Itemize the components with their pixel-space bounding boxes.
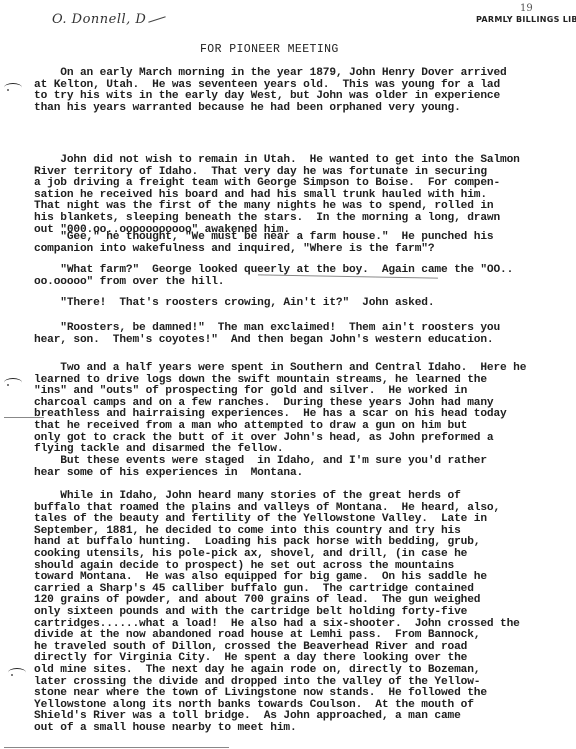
bottom-edge-line bbox=[4, 747, 229, 748]
paragraph: John did not wish to remain in Utah. He … bbox=[34, 155, 554, 236]
paragraph: On an early March morning in the year 18… bbox=[34, 68, 554, 114]
text-line: cooking utensils, his pole-pick ax, shov… bbox=[34, 549, 554, 561]
paragraph: "Roosters, be damned!" The man exclaimed… bbox=[34, 323, 554, 346]
text-line: flying tackle and disarmed the fellow. bbox=[34, 444, 554, 456]
text-line: While in Idaho, John heard many stories … bbox=[34, 491, 554, 503]
paragraph: "There! That's roosters crowing, Ain't i… bbox=[34, 298, 554, 310]
text-line: that he received from a man who attempte… bbox=[34, 421, 554, 433]
paragraph: But these events were staged in Idaho, a… bbox=[34, 456, 554, 479]
margin-bracket-mark bbox=[4, 378, 22, 387]
text-line: "There! That's roosters crowing, Ain't i… bbox=[34, 298, 554, 310]
paragraph: "Gee," he thought, "We must be near a fa… bbox=[34, 232, 554, 255]
text-line: On an early March morning in the year 18… bbox=[34, 68, 554, 80]
text-line: John did not wish to remain in Utah. He … bbox=[34, 155, 554, 167]
text-line: oo.ooooo" from over the hill. bbox=[34, 277, 554, 289]
date-stamp: 19 bbox=[520, 3, 533, 14]
text-line: his blankets, sleeping beneath the stars… bbox=[34, 213, 554, 225]
margin-bracket-mark bbox=[8, 668, 26, 677]
pen-scribble bbox=[149, 16, 166, 23]
document-page: O. Donnell, D 19 PARMLY BILLINGS LIBRA F… bbox=[0, 0, 576, 749]
text-line: stone near where the town of Livingstone… bbox=[34, 688, 554, 700]
text-line: "Roosters, be damned!" The man exclaimed… bbox=[34, 323, 554, 335]
paragraph: Two and a half years were spent in South… bbox=[34, 363, 554, 456]
text-line: out of a small house nearby to meet him. bbox=[34, 723, 554, 735]
author-name: O. Donnell, D bbox=[52, 12, 146, 27]
text-line: "Gee," he thought, "We must be near a fa… bbox=[34, 232, 554, 244]
text-line: than his years warranted because he had … bbox=[34, 103, 554, 115]
text-line: But these events were staged in Idaho, a… bbox=[34, 456, 554, 468]
text-line: toward Montana. He was also equipped for… bbox=[34, 572, 554, 584]
margin-line bbox=[4, 417, 44, 418]
text-line: only sixteen pounds and with the cartrid… bbox=[34, 607, 554, 619]
document-title: FOR PIONEER MEETING bbox=[200, 43, 339, 56]
text-line: hear some of his experiences in Montana. bbox=[34, 468, 554, 480]
handwritten-author-note: O. Donnell, D bbox=[52, 12, 166, 27]
paragraph: "What farm?" George looked queerly at th… bbox=[34, 265, 554, 288]
margin-bracket-mark bbox=[4, 83, 22, 92]
text-line: old mine sites. The next day he again ro… bbox=[34, 665, 554, 677]
text-line: hear, son. Them's coyotes!" And then beg… bbox=[34, 335, 554, 347]
text-line: divide at the now abandoned road house a… bbox=[34, 630, 554, 642]
text-line: companion into wakefulness and inquired,… bbox=[34, 244, 554, 256]
paragraph: While in Idaho, John heard many stories … bbox=[34, 491, 554, 734]
library-stamp: PARMLY BILLINGS LIBRA bbox=[476, 15, 576, 24]
text-line: Two and a half years were spent in South… bbox=[34, 363, 554, 375]
